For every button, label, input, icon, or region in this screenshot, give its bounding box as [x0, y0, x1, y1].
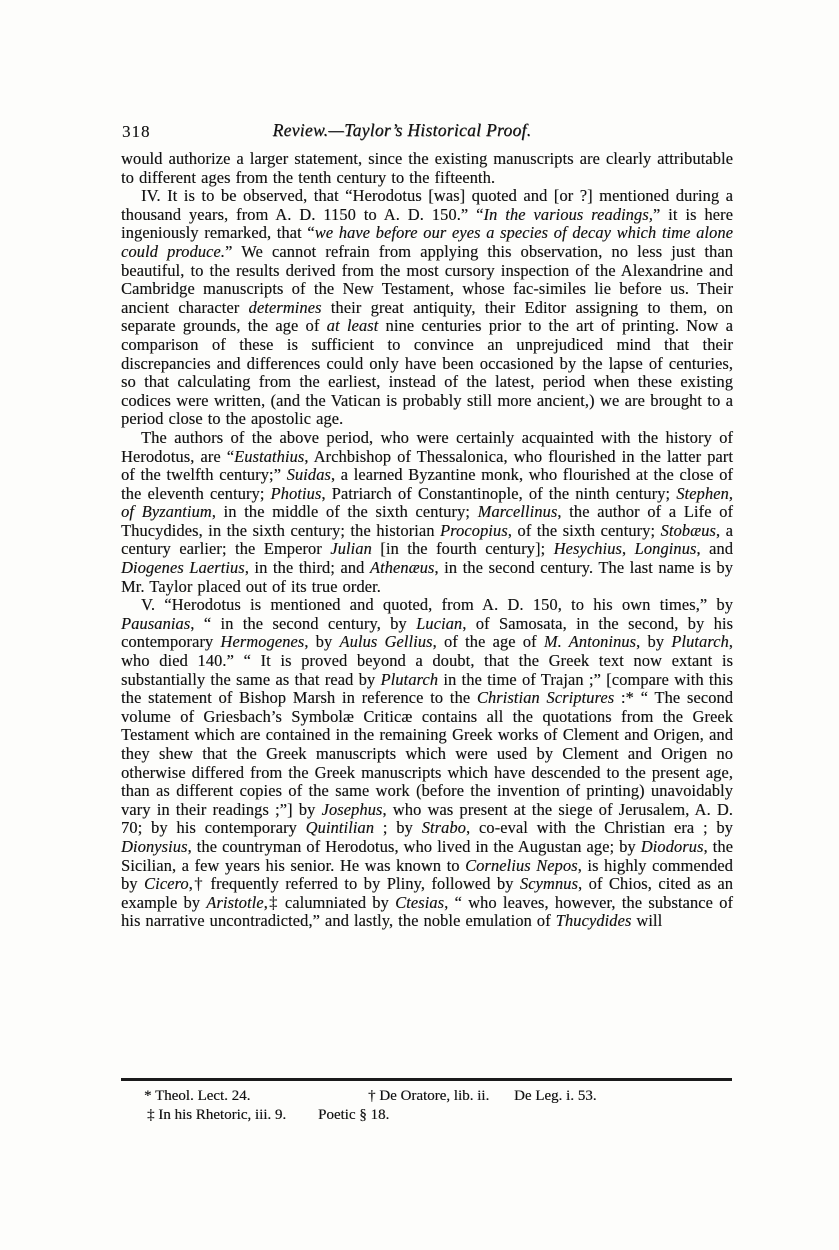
italic-text-segment: Aulus Gellius	[339, 632, 432, 651]
footnote-row: * Theol. Lect. 24. † De Oratore, lib. ii…	[121, 1087, 733, 1106]
text-segment: , of the age of	[433, 632, 544, 651]
italic-text-segment: Pausanias	[121, 614, 190, 633]
text-segment: , “ in the second century, by	[190, 614, 416, 633]
text-segment: , Patriarch of Constantinople, of the ni…	[321, 484, 676, 503]
text-segment: , the countryman of Herodotus, who lived…	[187, 837, 640, 856]
footnote-rule	[121, 1078, 732, 1081]
text-segment: , in the third; and	[245, 558, 370, 577]
italic-text-segment: In the various readings,	[483, 205, 652, 224]
paragraph: IV. It is to be observed, that “Herodotu…	[121, 187, 733, 429]
italic-text-segment: Plutarch	[671, 632, 729, 651]
italic-text-segment: at least	[327, 316, 379, 335]
scanned-book-page: 318 Review.—Taylor’s Historical Proof. w…	[0, 0, 839, 1250]
footnote-row: ‡ In his Rhetoric, iii. 9. Poetic § 18.	[121, 1106, 733, 1125]
italic-text-segment: determines	[249, 298, 322, 317]
italic-text-segment: Thucydides	[556, 911, 632, 930]
italic-text-segment: Hermogenes	[220, 632, 304, 651]
italic-text-segment: Stobæus	[661, 521, 716, 540]
italic-text-segment: Josephus	[322, 800, 383, 819]
italic-text-segment: Strabo	[422, 818, 466, 837]
italic-text-segment: Dionysius	[121, 837, 187, 856]
text-segment: , by	[636, 632, 671, 651]
italic-text-segment: Eustathius	[234, 447, 304, 466]
paragraph: The authors of the above period, who wer…	[121, 429, 733, 596]
paragraph: would authorize a larger statement, sinc…	[121, 150, 733, 187]
text-segment: ,‡ calumniated by	[264, 893, 395, 912]
text-segment: , co-eval with the Christian era ; by	[466, 818, 733, 837]
italic-text-segment: Diogenes Laertius	[121, 558, 245, 577]
italic-text-segment: Diodorus	[641, 837, 704, 856]
italic-text-segment: Julian	[330, 539, 372, 558]
footnote-de-leg: De Leg. i. 53.	[514, 1087, 596, 1106]
text-segment: , by	[304, 632, 339, 651]
italic-text-segment: Christian Scriptures	[477, 688, 614, 707]
body-text: would authorize a larger statement, sinc…	[121, 150, 733, 931]
text-segment: , in the middle of the sixth century;	[212, 502, 478, 521]
italic-text-segment: Procopius	[440, 521, 508, 540]
italic-text-segment: Lucian	[416, 614, 462, 633]
text-segment: would authorize a larger statement, sinc…	[121, 149, 733, 187]
text-segment: V. “Herodotus is mentioned and quoted, f…	[141, 595, 733, 614]
running-head: 318 Review.—Taylor’s Historical Proof.	[121, 120, 733, 144]
italic-text-segment: Cornelius Nepos	[465, 856, 578, 875]
italic-text-segment: Quintilian	[306, 818, 374, 837]
text-segment: , and	[696, 539, 733, 558]
italic-text-segment: Aristotle	[206, 893, 263, 912]
text-segment: ; by	[374, 818, 422, 837]
text-segment: ,	[622, 539, 635, 558]
text-segment: , of the sixth century;	[508, 521, 661, 540]
italic-text-segment: Marcellinus	[478, 502, 558, 521]
italic-text-segment: Cicero	[144, 874, 189, 893]
italic-text-segment: M. Antoninus	[544, 632, 636, 651]
italic-text-segment: Athenæus	[370, 558, 435, 577]
text-segment: will	[631, 911, 662, 930]
footnote-de-oratore: † De Oratore, lib. ii.	[368, 1087, 489, 1106]
italic-text-segment: Scymnus	[520, 874, 578, 893]
footnote-rhetoric: ‡ In his Rhetoric, iii. 9.	[147, 1106, 286, 1125]
text-segment: [in the fourth century];	[372, 539, 554, 558]
italic-text-segment: Plutarch	[381, 670, 439, 689]
italic-text-segment: Photius	[271, 484, 322, 503]
footnote-theol-lect: * Theol. Lect. 24.	[144, 1087, 250, 1106]
footnotes: * Theol. Lect. 24. † De Oratore, lib. ii…	[121, 1087, 733, 1124]
paragraph: V. “Herodotus is mentioned and quoted, f…	[121, 596, 733, 931]
footnote-poetic: Poetic § 18.	[318, 1106, 389, 1125]
running-title: Review.—Taylor’s Historical Proof.	[96, 120, 708, 141]
italic-text-segment: Ctesias	[395, 893, 444, 912]
text-segment: ,† frequently referred to by Pliny, foll…	[189, 874, 520, 893]
italic-text-segment: Suidas	[287, 465, 331, 484]
italic-text-segment: Hesychius	[554, 539, 622, 558]
italic-text-segment: Longinus	[635, 539, 697, 558]
